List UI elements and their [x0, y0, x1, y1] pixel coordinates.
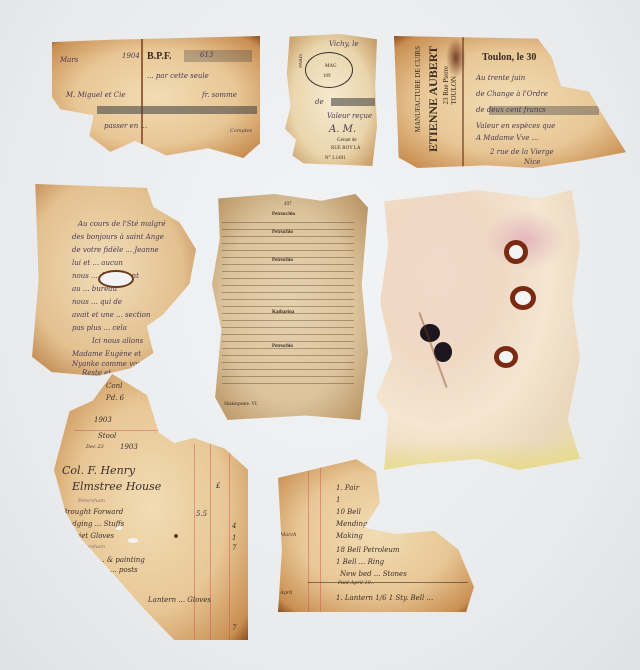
- ledger-line: Making: [336, 532, 363, 540]
- line-text: A. M.: [329, 124, 356, 135]
- letter-line: des bonjours à saint Ange: [72, 233, 164, 241]
- ledger-line: 1. Pair: [336, 484, 359, 492]
- year-text: 1904: [122, 52, 140, 60]
- letter-line: nous ... qui de: [72, 298, 122, 306]
- postmark-stamp: [305, 52, 353, 88]
- letter-line: pas plus ... cela: [72, 324, 127, 332]
- ledger-line: Stool: [98, 432, 116, 440]
- page-footer: Shakespeare. VI.: [224, 402, 258, 407]
- ledger-line: Lantern ... Gloves: [148, 596, 211, 604]
- line-text: Nice: [524, 158, 540, 166]
- postmark-text: MAG: [325, 64, 337, 69]
- line-text: N° 3.1491: [325, 156, 346, 161]
- moth-hole: [116, 526, 122, 530]
- line-text: M. Miguel et Cie: [66, 91, 126, 99]
- bpf-label: B.P.F.: [147, 51, 172, 62]
- fragment-book-page: 497 Petrucchio Petruchio Petruchio Katha…: [212, 194, 368, 420]
- letter-line: lui et ... aucun: [72, 259, 123, 267]
- moth-hole: [128, 538, 138, 543]
- ledger-line: 10 Bell: [336, 508, 361, 516]
- ledger-line: 1903: [120, 443, 138, 451]
- ledger-line: Dec 23: [86, 444, 104, 450]
- ledger-line: ... & painting: [98, 556, 145, 564]
- line-text: Valeur en espèces que: [476, 122, 555, 130]
- month-label: March: [280, 532, 297, 538]
- burn-hole: [98, 270, 134, 288]
- line-text: de: [315, 98, 324, 106]
- amount-cell: 4: [232, 522, 236, 530]
- line-text: de deux cent francs: [476, 106, 546, 114]
- ledger-line: Petersham: [78, 498, 105, 504]
- city-text: Toulon, le 30: [482, 52, 536, 63]
- amount-cell: 5.5: [196, 510, 207, 518]
- burn-hole: [494, 346, 518, 368]
- ledger-line: 1: [336, 496, 340, 504]
- line-text: ... par cette seule: [147, 72, 209, 80]
- fragment-postal-receipt: PARIS Vichy, le MAG 109 de Valeur reçue …: [285, 34, 377, 166]
- ledger-line: Pd. 6: [106, 394, 124, 402]
- line-text: passer en ...: [104, 122, 147, 130]
- side-text: PARIS: [299, 54, 304, 68]
- line-text: RUE ROY LA: [331, 146, 361, 151]
- amount-cell: 7: [232, 624, 236, 632]
- letter-line: Au cours de l'Sté malgré: [78, 220, 166, 228]
- letter-line: avait et une ... section: [72, 311, 150, 319]
- ledger-line: 1903: [94, 416, 112, 424]
- line-text: Comptes: [230, 128, 252, 134]
- moth-hole: [174, 534, 178, 538]
- body-text-lines: [222, 218, 354, 388]
- ledger-line: Mending: [336, 520, 368, 528]
- line-text: A Madame Vve ...: [476, 134, 538, 142]
- line-text: Valeur reçue: [327, 112, 372, 120]
- amount-text: 613: [200, 51, 213, 59]
- line-text: Au trente juin: [476, 74, 525, 82]
- letter-line: Ici nous allons: [92, 337, 143, 345]
- ledger-line: ... posts: [110, 566, 138, 574]
- ledger-line: 18 Bell Petroleum: [336, 546, 400, 554]
- line-text: 2 rue de la Vierge: [490, 148, 554, 156]
- amount-cell: 7: [232, 544, 236, 552]
- month-text: Mars: [60, 56, 78, 64]
- letterhead-line: MANUFACTURE DE CUIRS: [414, 46, 422, 132]
- letterhead-line: TOULON: [450, 76, 458, 105]
- fragment-stained-tissue: [376, 190, 580, 470]
- place-text: Vichy, le: [329, 40, 358, 48]
- burn-hole: [504, 240, 528, 264]
- customer-address: Elmstree House: [72, 480, 161, 493]
- currency-header: £: [216, 482, 220, 490]
- letter-line: Madame Eugène et: [72, 350, 141, 358]
- ledger-line: 1 Bell ... Ring: [336, 558, 384, 566]
- ledger-line: Paid April 19..: [338, 580, 374, 586]
- line-text: de Change à l'Ordre: [476, 90, 548, 98]
- line-text: fr. somme: [202, 91, 237, 99]
- ledger-line: New bed ... Stones: [340, 570, 407, 578]
- letter-line: de votre fidèle ... Jeanne: [72, 246, 159, 254]
- amount-cell: 1: [232, 534, 236, 542]
- page-number: 497: [284, 202, 292, 207]
- ledger-line: 1. Lantern 1/6 1 Sty. Bell ...: [336, 594, 433, 602]
- ledger-line: Conl: [106, 382, 122, 390]
- line-text: Gérant de: [337, 138, 357, 143]
- burn-hole: [510, 286, 536, 310]
- postmark-number: 109: [323, 74, 331, 79]
- letterhead-name: ETIENNE AUBERT: [426, 46, 441, 152]
- speaker-heading: Petrucchio: [272, 212, 295, 217]
- customer-name: Col. F. Henry: [62, 464, 135, 477]
- month-label: April: [280, 590, 292, 596]
- ledger-line: Brought Forward: [62, 508, 123, 516]
